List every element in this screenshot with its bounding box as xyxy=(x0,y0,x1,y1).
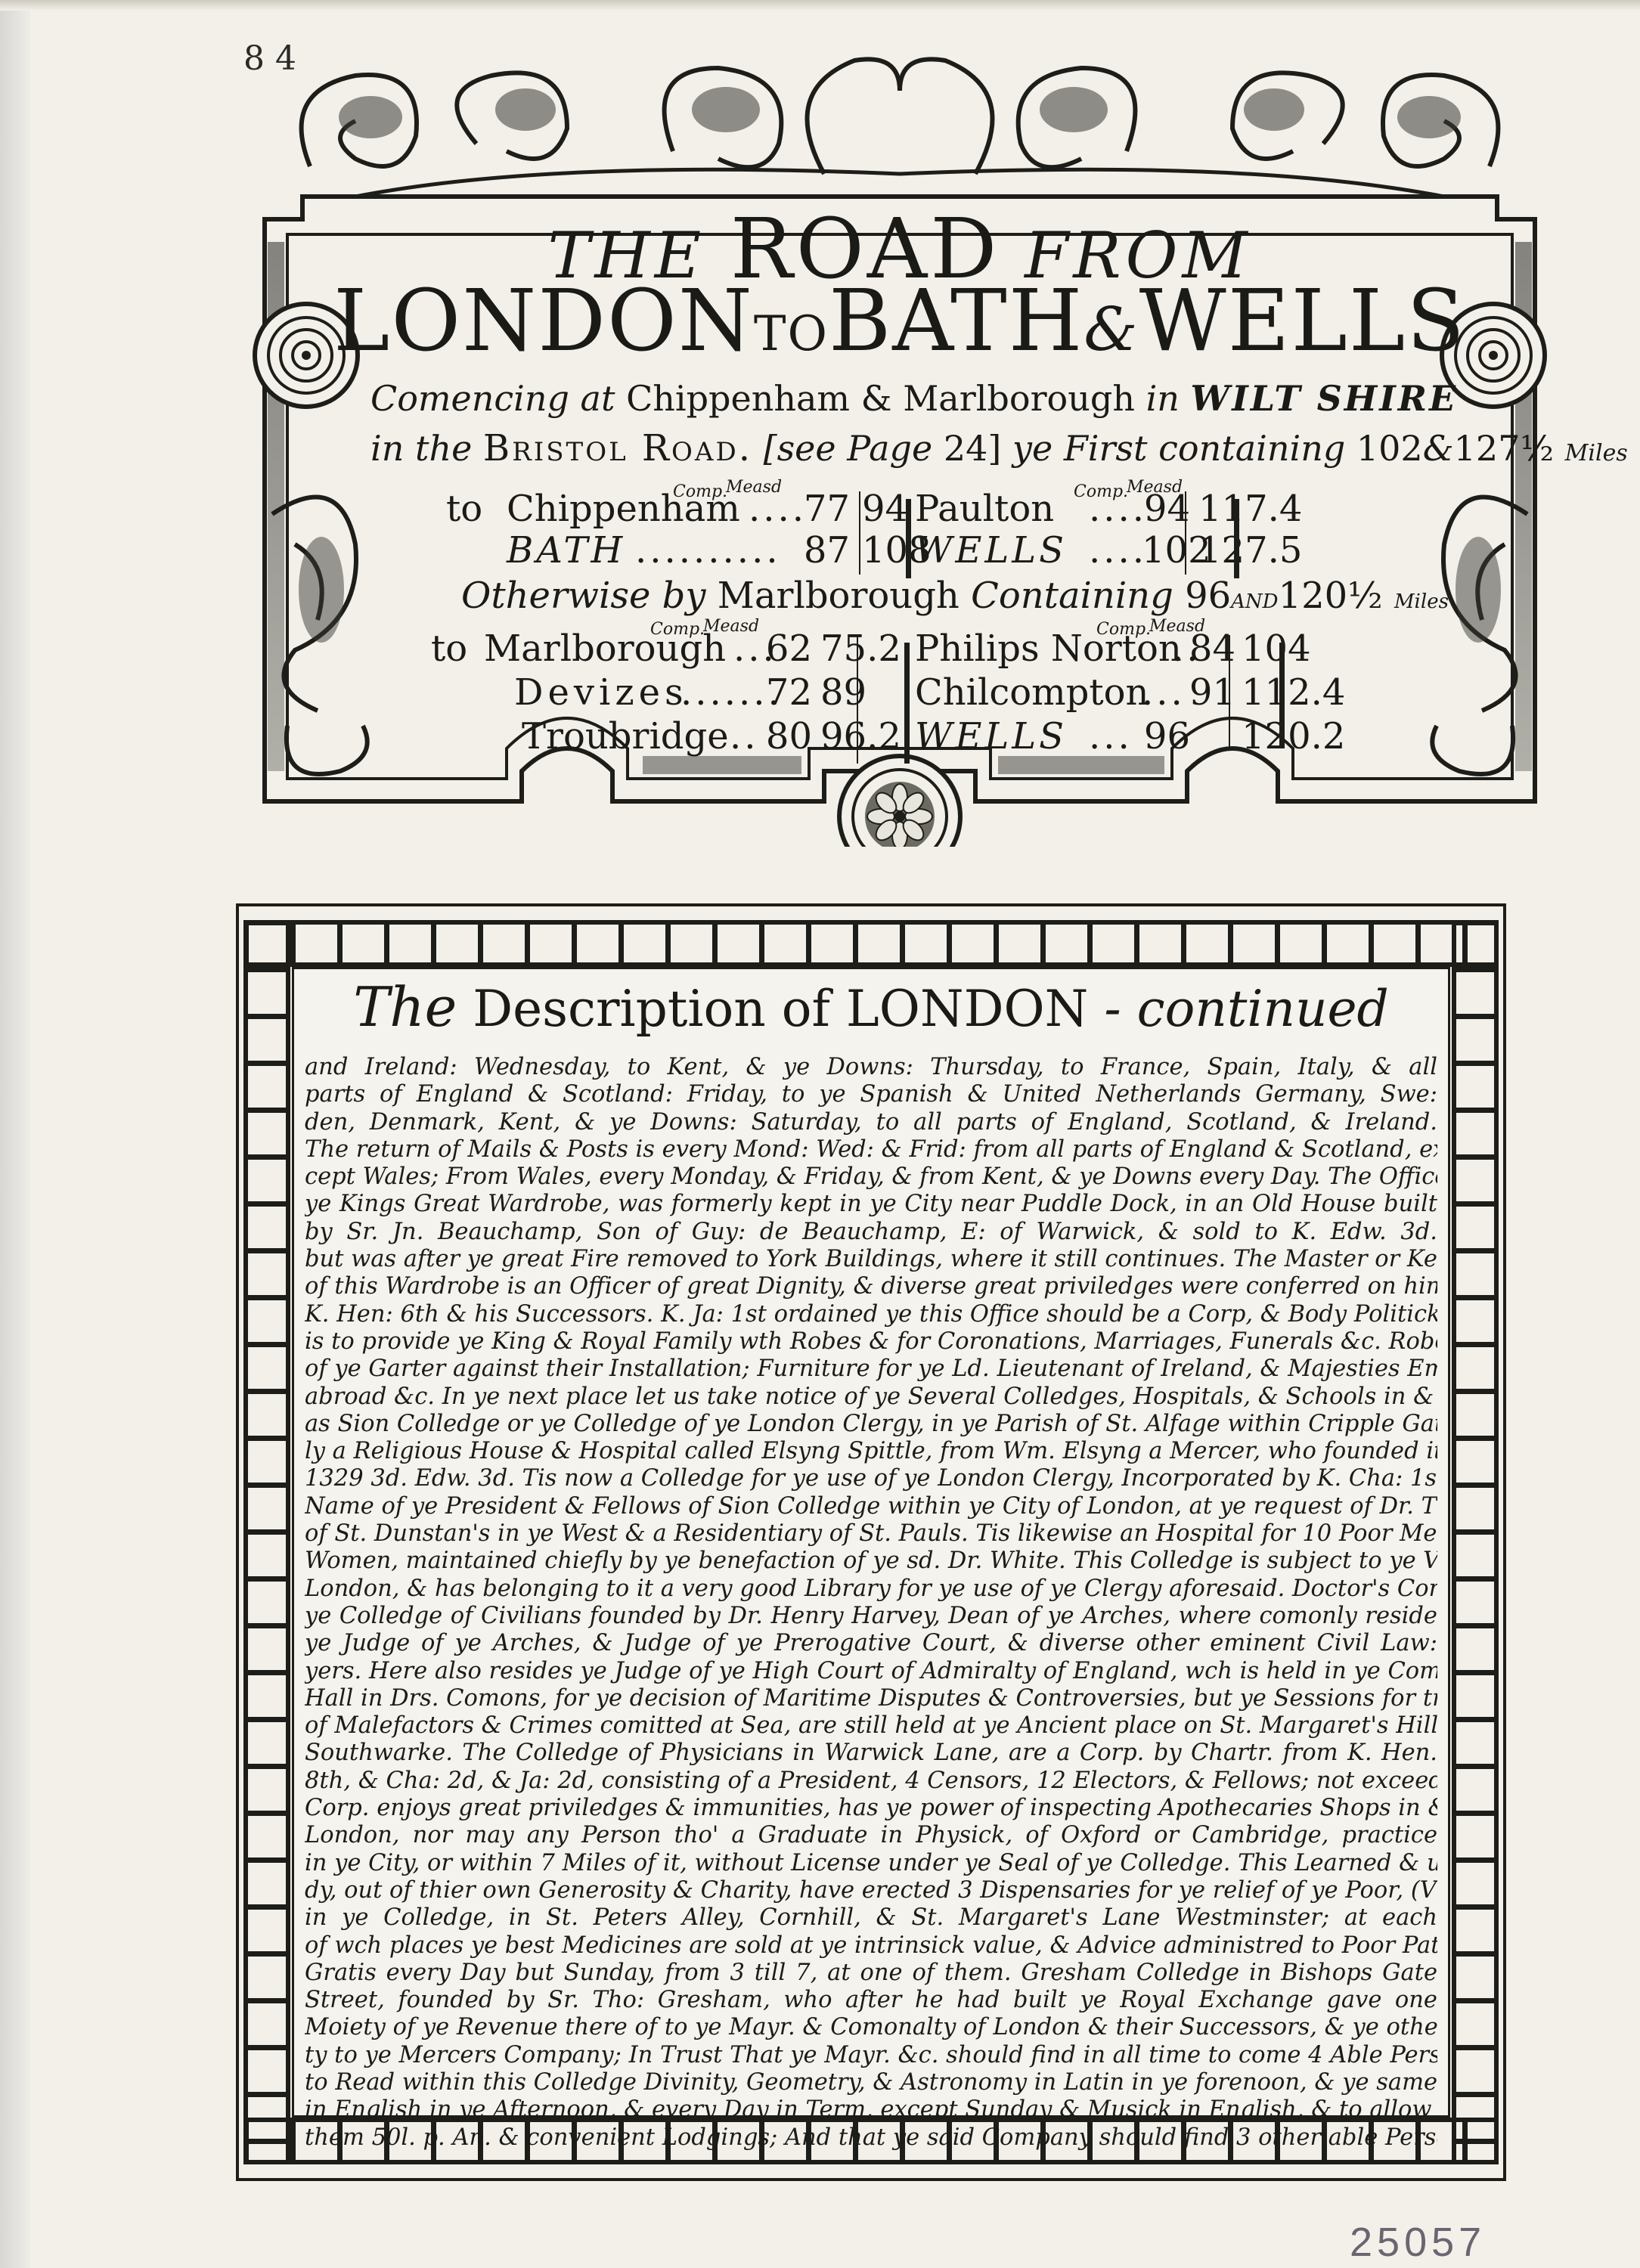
text-line: of this Wardrobe is an Officer of great … xyxy=(305,1273,1437,1300)
text-line: dy, out of thier own Generosity & Charit… xyxy=(305,1877,1437,1904)
dentil-border-left xyxy=(243,920,290,2164)
place-name: WELLS xyxy=(915,715,1067,758)
column-divider-bold xyxy=(906,499,911,578)
pencil-catalog-number: 25057 xyxy=(1350,2219,1486,2266)
column-rule xyxy=(1185,491,1186,575)
to-label: to xyxy=(446,488,482,530)
miles-label: Miles xyxy=(1565,440,1628,466)
cartouche-text: THE ROAD FROM LONDONTOBATH&WELLS Comenci… xyxy=(250,45,1550,847)
computed-miles: 72 xyxy=(764,671,812,714)
leader-dots: .. xyxy=(730,715,759,758)
text-line: and Ireland: Wednesday, to Kent, & ye Do… xyxy=(305,1054,1437,1081)
heading-continued: - continued xyxy=(1104,980,1388,1038)
containing-label: Containing xyxy=(971,575,1173,617)
leader-dots: .... xyxy=(749,488,807,530)
column-rule xyxy=(857,635,858,764)
place-name: Philips Norton xyxy=(915,627,1182,670)
leader-dots: ... xyxy=(1142,671,1186,714)
dentil-border-top xyxy=(243,920,1499,967)
text-line: Women, maintained chiefly by ye benefact… xyxy=(305,1548,1437,1575)
in-label: in xyxy=(1146,378,1180,419)
to-label: to xyxy=(431,627,467,670)
heading-main: Description of LONDON xyxy=(473,980,1088,1038)
title-bath: BATH xyxy=(829,272,1084,370)
text-line: The return of Mails & Posts is every Mon… xyxy=(305,1136,1437,1163)
text-line: of wch places ye best Medicines are sold… xyxy=(305,1932,1437,1960)
county-name: WILT SHIRE xyxy=(1191,378,1459,419)
text-line: Southwarke. The Colledge of Physicians i… xyxy=(305,1740,1437,1767)
reference-page-number: 24 xyxy=(944,428,988,469)
in-the-label: in the xyxy=(370,428,472,469)
text-line: ye Judge of ye Arches, & Judge of ye Pre… xyxy=(305,1630,1437,1657)
column-divider-bold xyxy=(1279,643,1285,748)
text-line: of ye Garter against their Installation;… xyxy=(305,1356,1437,1383)
and-label: AND xyxy=(1231,590,1278,613)
alternate-start-place: Marlborough xyxy=(718,575,960,617)
column-rule xyxy=(859,491,860,575)
dentil-border-right xyxy=(1452,920,1499,2164)
text-line: by Sr. Jn. Beauchamp, Son of Guy: de Bea… xyxy=(305,1219,1437,1246)
text-line: ly a Religious House & Hospital called E… xyxy=(305,1438,1437,1465)
computed-miles: 102 xyxy=(1142,529,1190,572)
leader-dots: .... xyxy=(1089,488,1147,530)
place-name: WELLS xyxy=(915,529,1067,572)
miles-label: Miles xyxy=(1394,590,1449,613)
computed-miles: 94 xyxy=(1142,488,1190,530)
page-top-shadow xyxy=(0,0,1640,11)
description-panel: The Description of LONDON - continued an… xyxy=(236,903,1506,2181)
alternate-measured-miles: 120½ xyxy=(1279,575,1383,617)
subtitle-commencing: Comencing at Chippenham & Marlborough in… xyxy=(370,378,1459,419)
text-line: ty to ye Mercers Company; In Trust That … xyxy=(305,2042,1437,2069)
text-line: parts of England & Scotland: Friday, to … xyxy=(305,1081,1437,1108)
measured-miles: 96.2 xyxy=(820,715,901,758)
alternate-computed-miles: 96 xyxy=(1185,575,1231,617)
text-line: Corp. enjoys great priviledges & immunit… xyxy=(305,1795,1437,1822)
computed-miles: 96 xyxy=(1142,715,1190,758)
title-cartouche: THE ROAD FROM LONDONTOBATH&WELLS Comenci… xyxy=(250,45,1550,847)
text-line: 8th, & Cha: 2d, & Ja: 2d, consisting of … xyxy=(305,1768,1437,1795)
place-name: Devizes xyxy=(514,671,688,714)
measured-miles: 120.2 xyxy=(1242,715,1345,758)
page-edge-shadow xyxy=(0,0,30,2268)
total-computed-miles: 102 xyxy=(1356,428,1423,469)
leader-dots: ... xyxy=(1089,715,1133,758)
measured-miles: 89 xyxy=(820,671,867,714)
description-heading: The Description of LONDON - continued xyxy=(294,975,1448,1039)
text-line: London, & has belonging to it a very goo… xyxy=(305,1576,1437,1603)
see-page-label: [see Page xyxy=(764,428,933,469)
text-line: yers. Here also resides ye Judge of ye H… xyxy=(305,1658,1437,1685)
title-ampersand: & xyxy=(1084,294,1139,364)
measured-miles: 112.4 xyxy=(1242,671,1345,714)
column-rule xyxy=(1229,635,1230,748)
total-measured-miles: 127½ xyxy=(1454,428,1554,469)
and-label: & xyxy=(1423,428,1454,469)
text-line: of St. Dunstan's in ye West & a Resident… xyxy=(305,1520,1437,1548)
text-line: them 50l. p. An. & convenient Lodgings; … xyxy=(305,2124,1437,2152)
text-line: abroad &c. In ye next place let us take … xyxy=(305,1383,1437,1411)
text-line: 1329 3d. Edw. 3d. Tis now a Colledge for… xyxy=(305,1465,1437,1492)
text-line: Hall in Drs. Comons, for ye decision of … xyxy=(305,1685,1437,1712)
text-line: Moiety of ye Revenue there of to ye Mayr… xyxy=(305,2014,1437,2041)
text-line: ye Colledge of Civilians founded by Dr. … xyxy=(305,1603,1437,1630)
place-name: Marlborough xyxy=(484,627,726,670)
road-name: Bristol Road. xyxy=(483,427,752,469)
description-text-area: The Description of LONDON - continued an… xyxy=(292,967,1450,2118)
text-line: in ye City, or within 7 Miles of it, wit… xyxy=(305,1850,1437,1877)
text-line: cept Wales; From Wales, every Monday, & … xyxy=(305,1163,1437,1191)
bracket-close: ] xyxy=(987,428,1001,469)
leader-dots: .......... xyxy=(635,529,781,572)
otherwise-label: Otherwise by xyxy=(461,575,705,617)
column-divider-bold xyxy=(1234,499,1239,578)
text-line: is to provide ye King & Royal Family wth… xyxy=(305,1328,1437,1356)
description-body: and Ireland: Wednesday, to Kent, & ye Do… xyxy=(305,1054,1437,2152)
text-line: but was after ye great Fire removed to Y… xyxy=(305,1246,1437,1273)
alternate-route-summary: Otherwise by Marlborough Containing 96AN… xyxy=(461,575,1444,617)
first-containing-label: ye First containing xyxy=(1012,428,1345,469)
text-line: Name of ye President & Fellows of Sion C… xyxy=(305,1493,1437,1520)
text-line: Gratis every Day but Sunday, from 3 till… xyxy=(305,1960,1437,1987)
text-line: in ye Colledge, in St. Peters Alley, Cor… xyxy=(305,1904,1437,1932)
text-line: as Sion Colledge or ye Colledge of ye Lo… xyxy=(305,1411,1437,1438)
place-name: Troubridge xyxy=(522,715,729,758)
measured-miles: 127.5 xyxy=(1198,529,1302,572)
text-line: den, Denmark, Kent, & ye Downs: Saturday… xyxy=(305,1109,1437,1136)
text-line: London, nor may any Person tho' a Gradua… xyxy=(305,1822,1437,1849)
leader-dots: .... xyxy=(1089,529,1147,572)
computed-miles: 87 xyxy=(801,529,850,572)
title-wells: WELLS xyxy=(1139,272,1466,370)
text-line: Street, founded by Sr. Tho: Gresham, who… xyxy=(305,1987,1437,2014)
text-line: K. Hen: 6th & his Successors. K. Ja: 1st… xyxy=(305,1301,1437,1328)
heading-the: The xyxy=(353,975,457,1039)
place-name: Paulton xyxy=(915,488,1054,530)
computed-miles: 80 xyxy=(764,715,812,758)
text-line: ye Kings Great Wardrobe, was formerly ke… xyxy=(305,1191,1437,1218)
title-london: LONDON xyxy=(333,272,754,370)
place-name: Chippenham xyxy=(507,488,740,530)
text-line: of Malefactors & Crimes comitted at Sea,… xyxy=(305,1712,1437,1740)
text-line: in English in ye Afternoon, & every Day … xyxy=(305,2096,1437,2124)
commencing-places: Chippenham & Marlborough xyxy=(626,378,1135,419)
place-name: Chilcompton xyxy=(915,671,1149,714)
place-name: BATH xyxy=(507,529,625,572)
title-line-2: LONDONTOBATH&WELLS xyxy=(250,272,1550,370)
measured-miles: 94 xyxy=(862,488,908,530)
column-divider-bold xyxy=(904,643,910,764)
subtitle-bristol-road: in the Bristol Road. [see Page 24] ye Fi… xyxy=(370,427,1459,469)
commencing-label: Comencing at xyxy=(370,378,615,419)
measured-miles: 104 xyxy=(1242,627,1311,670)
text-line: to Read within this Colledge Divinity, G… xyxy=(305,2069,1437,2096)
title-to: TO xyxy=(754,306,829,362)
measured-miles: 117.4 xyxy=(1198,488,1302,530)
measured-miles: 75.2 xyxy=(820,627,901,670)
computed-miles: 62 xyxy=(764,627,812,670)
computed-miles: 77 xyxy=(801,488,850,530)
